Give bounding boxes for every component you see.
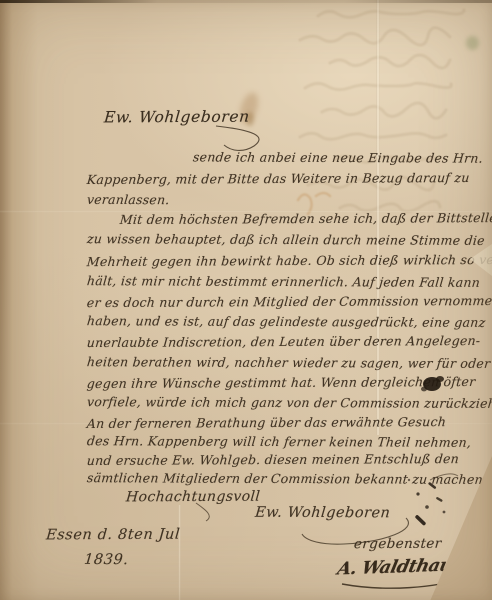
letter-line: des Hrn. Kappenberg will ich ferner kein…: [86, 433, 472, 450]
closing-word: ergebenster: [353, 536, 442, 553]
letter-line: gegen ihre Wünsche gestimmt hat. Wenn de…: [86, 374, 476, 391]
letter-line: Mehrheit gegen ihn bewirkt habe. Ob sich…: [86, 252, 492, 269]
letter-line: An der ferneren Berathung über das erwäh…: [86, 414, 446, 431]
letter-line: vorfiele, würde ich mich ganz von der Co…: [86, 394, 492, 411]
letter-line: und ersuche Ew. Wohlgeb. diesen meinen E…: [86, 451, 459, 468]
valediction-line: Hochachtungsvoll: [125, 489, 261, 506]
scan-top-edge: [0, 0, 492, 3]
fold-crease-vertical-2: [178, 505, 181, 600]
letter-line: Mit dem höchsten Befremden sehe ich, daß…: [119, 210, 492, 227]
dateline-place: Essen d. 8ten Jul: [45, 527, 181, 545]
letter-line: haben, und es ist, auf das gelindeste au…: [86, 313, 486, 330]
letter-line: sämtlichen Mitgliedern der Commission be…: [86, 470, 487, 487]
letter-line: sende ich anbei eine neue Eingabe des Hr…: [192, 149, 483, 165]
letter-line: Kappenberg, mit der Bitte das Weitere in…: [86, 170, 470, 187]
addressee-line: Ew. Wohlgeboren: [254, 505, 391, 523]
letter-line: er es doch nur durch ein Mitglied der Co…: [86, 293, 492, 310]
paper-sheet: Ew. Wohlgeboren sende ich anbei eine neu…: [0, 0, 492, 600]
letter-line: veranlassen.: [86, 192, 170, 207]
letter-line: unerlaubte Indiscretion, den Leuten über…: [86, 333, 481, 350]
letter-line: zu wissen behauptet, daß ich allein durc…: [86, 231, 485, 248]
letter-line: hält, ist mir nicht bestimmt erinnerlich…: [86, 273, 480, 290]
salutation-line: Ew. Wohlgeboren: [103, 108, 250, 127]
dateline-year: 1839.: [83, 552, 129, 570]
letter-line: heiten berathen wird, nachher wieder zu …: [86, 354, 491, 371]
